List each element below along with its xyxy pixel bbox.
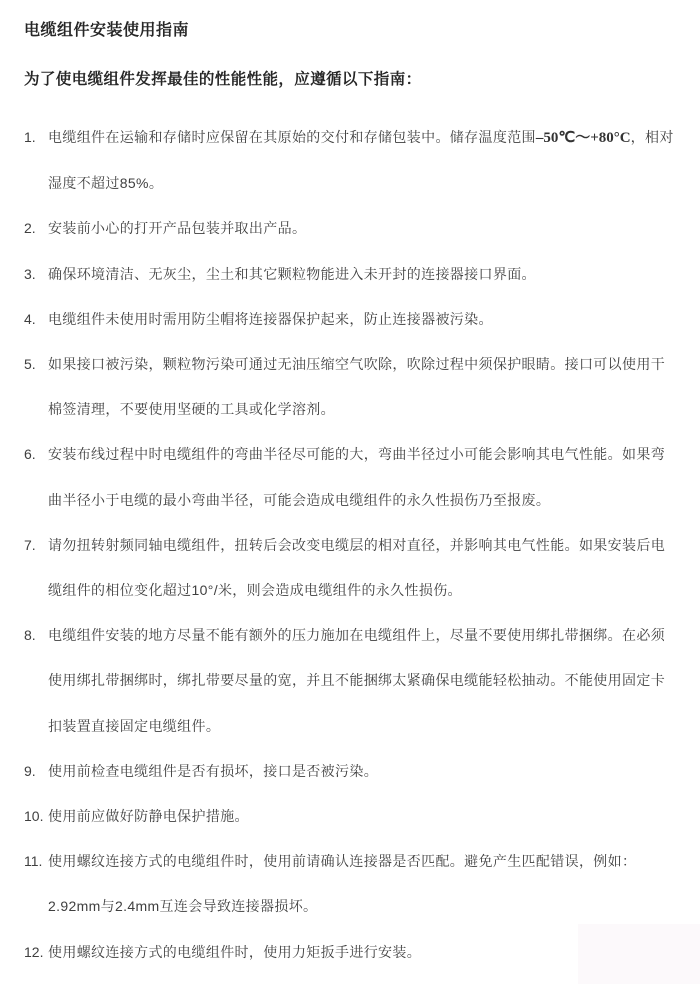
page-subtitle: 为了使电缆组件发挥最佳的性能性能，应遵循以下指南： [24, 70, 422, 89]
text-line: 确保环境清洁、无灰尘，尘土和其它颗粒物能进入未开封的连接器接口界面。 [48, 252, 700, 297]
list-item: 3.确保环境清洁、无灰尘，尘土和其它颗粒物能进入未开封的连接器接口界面。 [24, 252, 700, 297]
document-page: 电缆组件安装使用指南 为了使电缆组件发挥最佳的性能性能，应遵循以下指南： 1.电… [0, 0, 700, 984]
text-line: 如果接口被污染，颗粒物污染可通过无油压缩空气吹除，吹除过程中须保护眼睛。接口可以… [48, 342, 700, 387]
list-item-text: 使用前检查电缆组件是否有损坏，接口是否被污染。 [48, 749, 700, 794]
list-item-number: 6. [24, 432, 48, 477]
text-line: 使用绑扎带捆绑时，绑扎带要尽量的宽，并且不能捆绑太紧确保电缆能轻松抽动。不能使用… [48, 658, 700, 703]
list-item-number: 11. [24, 839, 48, 884]
list-item-text: 请勿扭转射频同轴电缆组件，扭转后会改变电缆层的相对直径，并影响其电气性能。如果安… [48, 523, 700, 613]
text-segment: 使用绑扎带捆绑时，绑扎带要尽量的宽，并且不能捆绑太紧确保电缆能轻松抽动。不能使用… [48, 672, 665, 688]
list-item-text: 安装前小心的打开产品包装并取出产品。 [48, 206, 700, 251]
text-line: 2.92mm与2.4mm互连会导致连接器损坏。 [48, 884, 700, 929]
list-item-text: 电缆组件未使用时需用防尘帽将连接器保护起来，防止连接器被污染。 [48, 297, 700, 342]
list-item-text: 使用前应做好防静电保护措施。 [48, 794, 700, 839]
text-line: 使用螺纹连接方式的电缆组件时，使用前请确认连接器是否匹配。避免产生匹配错误，例如… [48, 839, 700, 884]
list-item-number: 8. [24, 613, 48, 658]
list-item: 2.安装前小心的打开产品包装并取出产品。 [24, 206, 700, 251]
text-segment: ，相对 [631, 129, 674, 145]
list-item: 7.请勿扭转射频同轴电缆组件，扭转后会改变电缆层的相对直径，并影响其电气性能。如… [24, 523, 700, 613]
list-item-number: 9. [24, 749, 48, 794]
text-line: 棉签清理，不要使用坚硬的工具或化学溶剂。 [48, 387, 700, 432]
text-segment: 使用螺纹连接方式的电缆组件时，使用前请确认连接器是否匹配。避免产生匹配错误，例如… [48, 853, 636, 869]
list-item: 8.电缆组件安装的地方尽量不能有额外的压力施加在电缆组件上，尽量不要使用绑扎带捆… [24, 613, 700, 749]
text-line: 安装布线过程中时电缆组件的弯曲半径尽可能的大，弯曲半径过小可能会影响其电气性能。… [48, 432, 700, 477]
list-item-number: 7. [24, 523, 48, 568]
list-item-number: 2. [24, 206, 48, 251]
list-item: 1.电缆组件在运输和存储时应保留在其原始的交付和存储包装中。储存温度范围–50℃… [24, 115, 700, 206]
text-line: 曲半径小于电缆的最小弯曲半径，可能会造成电缆组件的永久性损伤乃至报废。 [48, 478, 700, 523]
text-segment: 湿度不超过85%。 [48, 175, 163, 191]
list-item-text: 电缆组件在运输和存储时应保留在其原始的交付和存储包装中。储存温度范围–50℃～+… [48, 115, 700, 206]
text-line: 电缆组件在运输和存储时应保留在其原始的交付和存储包装中。储存温度范围–50℃～+… [48, 115, 700, 161]
list-item-number: 1. [24, 115, 48, 160]
text-line: 使用前检查电缆组件是否有损坏，接口是否被污染。 [48, 749, 700, 794]
text-segment: 使用前检查电缆组件是否有损坏，接口是否被污染。 [48, 763, 378, 779]
text-line: 请勿扭转射频同轴电缆组件，扭转后会改变电缆层的相对直径，并影响其电气性能。如果安… [48, 523, 700, 568]
text-line: 安装前小心的打开产品包装并取出产品。 [48, 206, 700, 251]
text-line: 电缆组件安装的地方尽量不能有额外的压力施加在电缆组件上，尽量不要使用绑扎带捆绑。… [48, 613, 700, 658]
list-item-number: 4. [24, 297, 48, 342]
list-item: 5.如果接口被污染，颗粒物污染可通过无油压缩空气吹除，吹除过程中须保护眼睛。接口… [24, 342, 700, 432]
list-item: 10.使用前应做好防静电保护措施。 [24, 794, 700, 839]
text-segment: 扣装置直接固定电缆组件。 [48, 718, 220, 734]
text-segment: 曲半径小于电缆的最小弯曲半径，可能会造成电缆组件的永久性损伤乃至报废。 [48, 492, 550, 508]
guideline-list: 1.电缆组件在运输和存储时应保留在其原始的交付和存储包装中。储存温度范围–50℃… [24, 115, 700, 975]
text-segment: 如果接口被污染，颗粒物污染可通过无油压缩空气吹除，吹除过程中须保护眼睛。接口可以… [48, 356, 665, 372]
temperature-range: –50℃～+80°C [536, 130, 631, 146]
text-segment: 使用前应做好防静电保护措施。 [48, 808, 249, 824]
text-line: 湿度不超过85%。 [48, 161, 700, 206]
list-item-text: 确保环境清洁、无灰尘，尘土和其它颗粒物能进入未开封的连接器接口界面。 [48, 252, 700, 297]
text-segment: 安装布线过程中时电缆组件的弯曲半径尽可能的大，弯曲半径过小可能会影响其电气性能。… [48, 446, 665, 462]
list-item-number: 10. [24, 794, 48, 839]
list-item-text: 安装布线过程中时电缆组件的弯曲半径尽可能的大，弯曲半径过小可能会影响其电气性能。… [48, 432, 700, 522]
list-item: 4.电缆组件未使用时需用防尘帽将连接器保护起来，防止连接器被污染。 [24, 297, 700, 342]
text-segment: 电缆组件安装的地方尽量不能有额外的压力施加在电缆组件上，尽量不要使用绑扎带捆绑。… [48, 627, 665, 643]
list-item-text: 电缆组件安装的地方尽量不能有额外的压力施加在电缆组件上，尽量不要使用绑扎带捆绑。… [48, 613, 700, 749]
text-line: 使用前应做好防静电保护措施。 [48, 794, 700, 839]
text-segment: 电缆组件未使用时需用防尘帽将连接器保护起来，防止连接器被污染。 [48, 311, 493, 327]
list-item-text: 使用螺纹连接方式的电缆组件时，使用前请确认连接器是否匹配。避免产生匹配错误，例如… [48, 839, 700, 929]
list-item-text: 如果接口被污染，颗粒物污染可通过无油压缩空气吹除，吹除过程中须保护眼睛。接口可以… [48, 342, 700, 432]
text-segment: 确保环境清洁、无灰尘，尘土和其它颗粒物能进入未开封的连接器接口界面。 [48, 266, 536, 282]
list-item-number: 3. [24, 252, 48, 297]
text-segment: 2.92mm与2.4mm互连会导致连接器损坏。 [48, 898, 317, 914]
watermark-area [578, 924, 700, 984]
list-item-number: 5. [24, 342, 48, 387]
list-item: 11.使用螺纹连接方式的电缆组件时，使用前请确认连接器是否匹配。避免产生匹配错误… [24, 839, 700, 929]
text-line: 电缆组件未使用时需用防尘帽将连接器保护起来，防止连接器被污染。 [48, 297, 700, 342]
list-item: 6.安装布线过程中时电缆组件的弯曲半径尽可能的大，弯曲半径过小可能会影响其电气性… [24, 432, 700, 522]
text-segment: 棉签清理，不要使用坚硬的工具或化学溶剂。 [48, 401, 335, 417]
text-line: 缆组件的相位变化超过10°/米，则会造成电缆组件的永久性损伤。 [48, 568, 700, 613]
list-item: 9.使用前检查电缆组件是否有损坏，接口是否被污染。 [24, 749, 700, 794]
text-segment: 请勿扭转射频同轴电缆组件，扭转后会改变电缆层的相对直径，并影响其电气性能。如果安… [48, 537, 665, 553]
page-title: 电缆组件安装使用指南 [24, 21, 189, 40]
text-segment: 电缆组件在运输和存储时应保留在其原始的交付和存储包装中。储存温度范围 [48, 129, 536, 145]
text-segment: 安装前小心的打开产品包装并取出产品。 [48, 220, 306, 236]
text-segment: 使用螺纹连接方式的电缆组件时，使用力矩扳手进行安装。 [48, 944, 421, 960]
list-item-number: 12. [24, 930, 48, 975]
text-line: 扣装置直接固定电缆组件。 [48, 704, 700, 749]
text-segment: 缆组件的相位变化超过10°/米，则会造成电缆组件的永久性损伤。 [48, 582, 462, 598]
